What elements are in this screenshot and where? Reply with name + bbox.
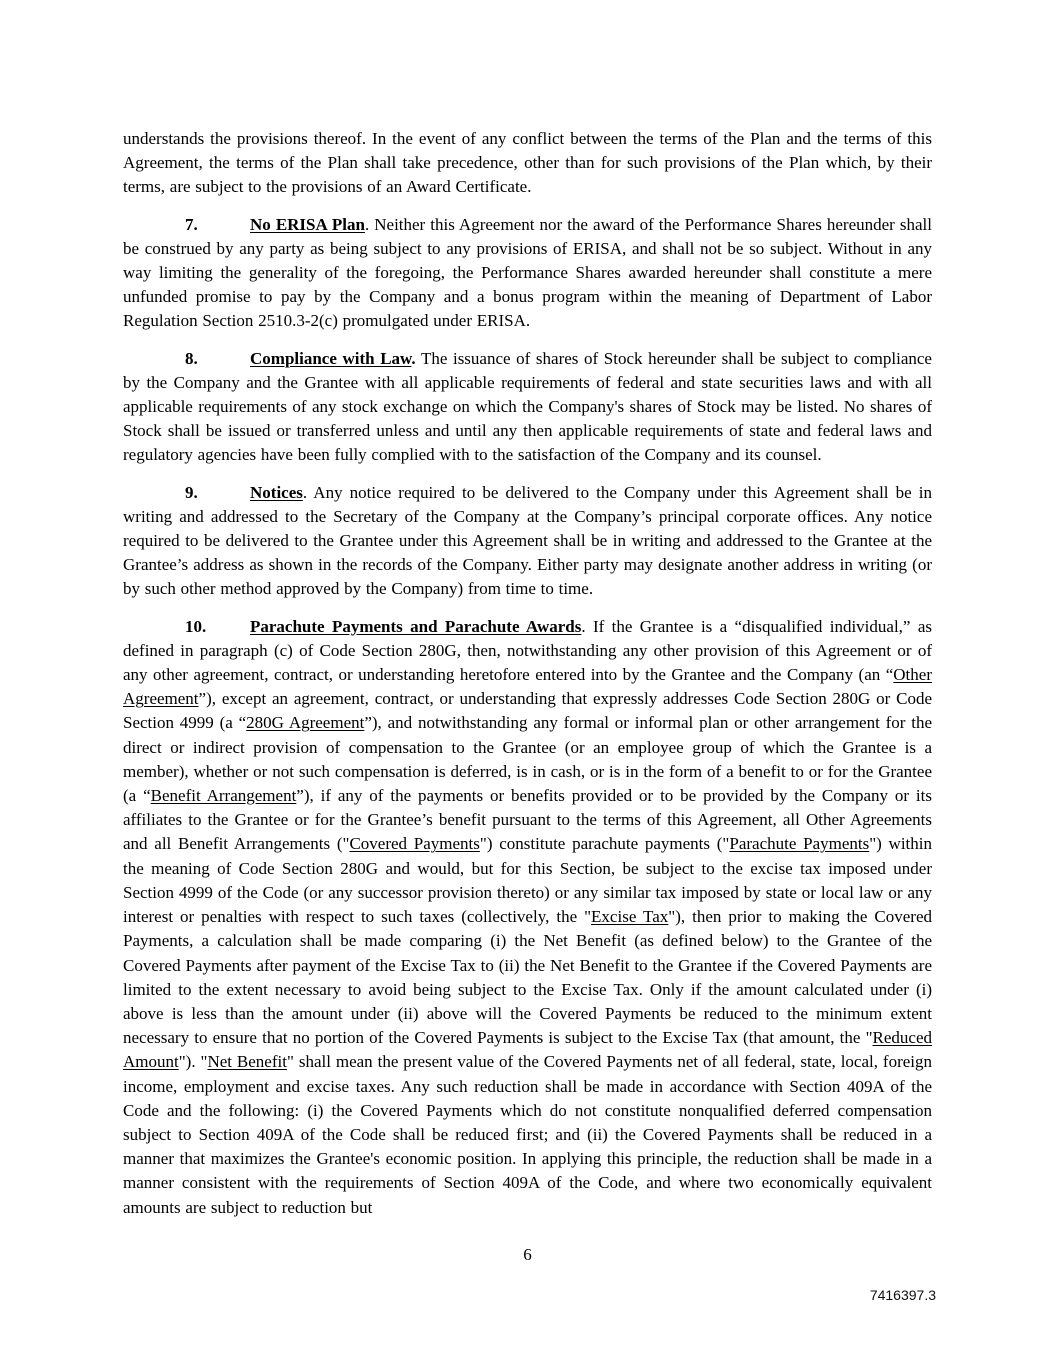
defined-term: Benefit Arrangement <box>151 786 297 805</box>
document-body: understands the provisions thereof. In t… <box>123 127 932 1220</box>
section-heading: No ERISA Plan <box>250 215 365 234</box>
defined-term: Excise Tax <box>591 907 668 926</box>
section-number: 10. <box>185 615 250 639</box>
page-number: 6 <box>0 1243 1055 1267</box>
document-id-stamp: 7416397.3 <box>870 1286 936 1304</box>
paragraph-plan-precedence: understands the provisions thereof. In t… <box>123 127 932 200</box>
section-9-notices: 9.Notices. Any notice required to be del… <box>123 481 932 602</box>
section-number: 9. <box>185 481 250 505</box>
defined-term: 280G Agreement <box>246 713 364 732</box>
defined-term: Parachute Payments <box>729 834 869 853</box>
text-segment: ") constitute parachute payments (" <box>480 834 729 853</box>
section-8-compliance-with-law: 8.Compliance with Law. The issuance of s… <box>123 347 932 468</box>
section-heading: Compliance with Law <box>250 349 411 368</box>
section-heading: Notices <box>250 483 303 502</box>
text-segment: "). " <box>179 1052 208 1071</box>
section-10-parachute-payments: 10.Parachute Payments and Parachute Awar… <box>123 615 932 1220</box>
section-7-no-erisa-plan: 7.No ERISA Plan. Neither this Agreement … <box>123 213 932 334</box>
document-page: understands the provisions thereof. In t… <box>0 0 1055 1365</box>
section-number: 8. <box>185 347 250 371</box>
section-heading: Parachute Payments and Parachute Awards <box>250 617 581 636</box>
section-number: 7. <box>185 213 250 237</box>
text-segment: "), then prior to making the Covered Pay… <box>123 907 932 1047</box>
defined-term: Covered Payments <box>349 834 479 853</box>
text-segment: " shall mean the present value of the Co… <box>123 1052 932 1216</box>
defined-term: Net Benefit <box>207 1052 287 1071</box>
text-segment: understands the provisions thereof. In t… <box>123 129 932 196</box>
